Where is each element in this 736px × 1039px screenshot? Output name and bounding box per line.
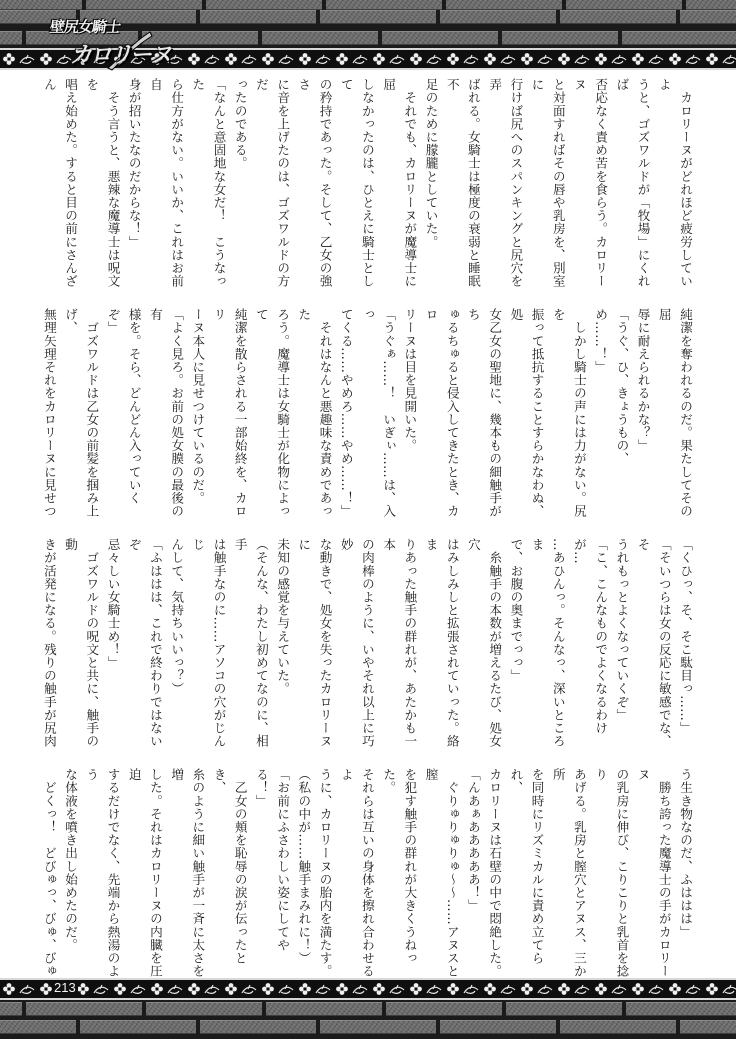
logo-title-line2: カロリーヌ bbox=[70, 38, 170, 69]
floral-vine-icon bbox=[703, 50, 736, 68]
text-column: 純潔を奪われるのだ。果たしてその屈 bbox=[654, 308, 696, 522]
text-column: を犯す触手の群れが大きくうねった。 bbox=[378, 768, 420, 982]
text-column: 様を。そら、どんどん入っていくぞ」 bbox=[102, 308, 144, 522]
vine-ornament bbox=[555, 980, 592, 998]
text-column: カロリーヌは石壁の中で悶絶した。 bbox=[484, 768, 505, 982]
text-column: 「こ、こんなものでよくなるわけが… bbox=[569, 538, 611, 752]
vine-ornament bbox=[370, 50, 407, 68]
text-column: あげる。乳房と膣穴とアヌス、三か所 bbox=[548, 768, 590, 982]
floral-vine-icon bbox=[185, 980, 222, 998]
vine-ornament bbox=[703, 980, 736, 998]
floral-vine-icon bbox=[592, 980, 629, 998]
text-column: で、お腹の奥までっっ」 bbox=[505, 538, 526, 752]
text-column: するだけでなく、先端から熱湯のよう bbox=[81, 768, 123, 982]
vine-ornament bbox=[222, 980, 259, 998]
floral-vine-icon bbox=[666, 980, 703, 998]
text-column: 身が招いたなのだからな！」 bbox=[124, 78, 145, 292]
text-column: 忌々しい女騎士め！」 bbox=[102, 538, 123, 752]
floral-vine-icon bbox=[0, 980, 37, 998]
text-column: きが活発になる。残りの触手が尻肉を bbox=[40, 538, 60, 752]
text-column: は触手なのに……アソコの穴がじんじ bbox=[187, 538, 229, 752]
text-tier-2: 純潔を奪われるのだ。果たしてその屈辱に耐えられるかな？」「うぐ、ひ、きょうもの、… bbox=[40, 308, 696, 522]
vine-ornament bbox=[333, 980, 370, 998]
text-column: どくっ！ どびゅっ、びゅ、びゅる bbox=[40, 768, 60, 982]
footer-brick-wall bbox=[0, 1000, 736, 1039]
footer-vine-border bbox=[0, 978, 736, 1000]
vine-ornament bbox=[703, 50, 736, 68]
vine-ornament bbox=[629, 50, 666, 68]
text-column: 糸触手の本数が増えるたび、処女穴 bbox=[463, 538, 505, 752]
floral-vine-icon bbox=[148, 980, 185, 998]
text-column: した。それはカロリーヌの内臓を圧迫 bbox=[124, 768, 166, 982]
vine-ornament bbox=[296, 50, 333, 68]
floral-vine-icon bbox=[74, 980, 111, 998]
floral-vine-icon bbox=[629, 980, 666, 998]
floral-vine-icon bbox=[555, 50, 592, 68]
floral-vine-icon bbox=[444, 50, 481, 68]
text-column: 唱え始めた。すると目の前にさんざん bbox=[40, 78, 81, 292]
vine-ornament bbox=[222, 50, 259, 68]
text-column: それでも、カロリーヌが魔導士に屈 bbox=[378, 78, 420, 292]
vine-ornament bbox=[185, 980, 222, 998]
text-column: 未知の感覚を与えていた。 bbox=[272, 538, 293, 752]
floral-vine-icon bbox=[333, 50, 370, 68]
vine-ornament bbox=[370, 980, 407, 998]
floral-vine-icon bbox=[370, 50, 407, 68]
vine-ornament bbox=[259, 50, 296, 68]
text-column: それはなんと悪趣味な責めであった bbox=[293, 308, 335, 522]
brick-row bbox=[0, 1002, 736, 1018]
vine-ornament bbox=[444, 50, 481, 68]
vine-ornament bbox=[592, 980, 629, 998]
brick-row bbox=[0, 1020, 736, 1036]
floral-vine-icon bbox=[518, 50, 555, 68]
text-column: 「くひっ、そ、そこ駄目っ……」 bbox=[675, 538, 696, 752]
vine-ornament bbox=[518, 980, 555, 998]
vine-ornament bbox=[185, 50, 222, 68]
text-column: 「よく見ろ。お前の処女膜の最後の有 bbox=[145, 308, 187, 522]
text-column: 「お前にふさわしい姿にしてやる！」 bbox=[251, 768, 293, 982]
text-column: …あひんっ。そんなっ、深いところま bbox=[526, 538, 568, 752]
floral-vine-icon bbox=[222, 980, 259, 998]
text-column: 「そいつらは女の反応に敏感でな、そ bbox=[632, 538, 674, 752]
vine-ornament bbox=[666, 50, 703, 68]
vine-ornament bbox=[592, 50, 629, 68]
text-column: 否応なく責め苦を食らう。カロリーヌ bbox=[569, 78, 611, 292]
vine-ornament bbox=[481, 980, 518, 998]
floral-vine-icon bbox=[333, 980, 370, 998]
page-number: 213 bbox=[52, 980, 78, 996]
text-column: の矜持であった。そして、乙女の強さ bbox=[293, 78, 335, 292]
text-column: はみしみしと拡張されていった。絡ま bbox=[420, 538, 462, 752]
text-column: 行けば尻へのスパンキングと尻穴を弄 bbox=[484, 78, 526, 292]
text-column: 足のために朦朧としていた。 bbox=[420, 78, 441, 292]
text-column: 「ふははは、これで終わりではないぞ bbox=[124, 538, 166, 752]
floral-vine-icon bbox=[592, 50, 629, 68]
floral-vine-icon bbox=[296, 980, 333, 998]
text-column: 「んあぁあああああ！」 bbox=[463, 768, 484, 982]
floral-vine-icon bbox=[629, 50, 666, 68]
text-column: ばれる。女騎士は極度の衰弱と睡眠不 bbox=[442, 78, 484, 292]
floral-vine-icon bbox=[222, 50, 259, 68]
title-logo: 壁尻女騎士 カロリーヌ bbox=[44, 14, 152, 78]
text-column: ゴズワルドは乙女の前髪を掴み上げ、 bbox=[60, 308, 102, 522]
vine-ornament bbox=[148, 980, 185, 998]
floral-vine-icon bbox=[259, 980, 296, 998]
vine-ornament bbox=[259, 980, 296, 998]
text-column: な体液を噴き出し始めたのだ。 bbox=[60, 768, 81, 982]
text-column: （私の中が……触手まみれに！） bbox=[293, 768, 314, 982]
floral-vine-icon bbox=[296, 50, 333, 68]
floral-vine-icon bbox=[370, 980, 407, 998]
text-column: ゅるちゅると侵入してきたとき、カロ bbox=[420, 308, 462, 522]
text-column: そう言うと、悪辣な魔導士は呪文を bbox=[81, 78, 123, 292]
text-column: 女乙女の聖地に、幾本もの細触手がち bbox=[463, 308, 505, 522]
text-column: 「なんと意固地な女だ！ こうなった bbox=[187, 78, 229, 292]
text-column: しかし騎士の声には力がない。尻を bbox=[548, 308, 590, 522]
text-column: カロリーヌがどれほど疲労していよ bbox=[654, 78, 696, 292]
text-column: リーヌは目を見開いた。 bbox=[399, 308, 420, 522]
floral-vine-icon bbox=[407, 980, 444, 998]
vine-ornament bbox=[629, 980, 666, 998]
vine-ornament bbox=[444, 980, 481, 998]
floral-vine-icon bbox=[259, 50, 296, 68]
text-column: 純潔を散らされる一部始終を、カロリ bbox=[208, 308, 250, 522]
text-column: 勝ち誇った魔導士の手がカロリーヌ bbox=[632, 768, 674, 982]
logo-title-line1: 壁尻女騎士 bbox=[49, 16, 122, 37]
floral-vine-icon bbox=[518, 980, 555, 998]
text-column: うと、ゴズワルドが「牧場」にくれば bbox=[611, 78, 653, 292]
text-column: うれもっとよくなっていくぞ」 bbox=[611, 538, 632, 752]
text-column: んして、気持ちいいっ？） bbox=[166, 538, 187, 752]
text-column: ら仕方がない。いいか、これはお前自 bbox=[145, 78, 187, 292]
vine-ornament bbox=[481, 50, 518, 68]
text-column: に音を上げたのは、ゴズワルドの方だ bbox=[251, 78, 293, 292]
text-column: しなかったのは、ひとえに騎士として bbox=[336, 78, 378, 292]
text-column: 辱に耐えられるかな？」 bbox=[632, 308, 653, 522]
text-column: うに、カロリーヌの胎内を満たす。 bbox=[314, 768, 335, 982]
vine-ornament bbox=[296, 980, 333, 998]
text-column: 「うぐぁ……！ いぎぃ……は、入っ bbox=[357, 308, 399, 522]
floral-vine-icon bbox=[481, 50, 518, 68]
text-column: な動きで、処女を失ったカロリーヌに bbox=[293, 538, 335, 752]
text-column: ったのである。 bbox=[230, 78, 251, 292]
text-column: ぐりゅりゅりゅ〜〜……アヌスと膣 bbox=[420, 768, 462, 982]
floral-vine-icon bbox=[555, 980, 592, 998]
text-tier-4: う生き物なのだ、ふははは」 勝ち誇った魔導士の手がカロリーヌの乳房に伸び、こりこ… bbox=[40, 768, 696, 982]
floral-vine-icon bbox=[666, 50, 703, 68]
text-column: 乙女の頬を恥辱の涙が伝ったとき、 bbox=[208, 768, 250, 982]
vine-ornament bbox=[0, 50, 37, 68]
text-column: ーヌ本人に見せつけているのだ。 bbox=[187, 308, 208, 522]
floral-vine-icon bbox=[185, 50, 222, 68]
text-column: てくる……やめろ……やめ……！」 bbox=[336, 308, 357, 522]
vine-ornament bbox=[666, 980, 703, 998]
text-column: の乳房に伸び、こりこりと乳首を捻り bbox=[590, 768, 632, 982]
vine-ornament bbox=[518, 50, 555, 68]
text-column: 振って抵抗することすらかなわぬ、処 bbox=[505, 308, 547, 522]
text-column: を同時にリズミカルに責め立てられ、 bbox=[505, 768, 547, 982]
vine-ornament bbox=[555, 50, 592, 68]
vine-ornament bbox=[333, 50, 370, 68]
text-column: りあった触手の群れが、あたかも一本 bbox=[378, 538, 420, 752]
text-column: う生き物なのだ、ふははは」 bbox=[675, 768, 696, 982]
text-column: 糸のように細い触手が一斉に太さを増 bbox=[166, 768, 208, 982]
text-column: それらは互いの身体を擦れ合わせるよ bbox=[336, 768, 378, 982]
vine-ornament bbox=[74, 980, 111, 998]
vine-ornament bbox=[0, 980, 37, 998]
text-column: （そんな、わたし初めてなのに、相手 bbox=[230, 538, 272, 752]
text-column: と対面すればその唇や乳房を、別室に bbox=[526, 78, 568, 292]
floral-vine-icon bbox=[111, 980, 148, 998]
text-column: ろう。魔導士は女騎士が化物によって bbox=[251, 308, 293, 522]
text-column: 無理矢理それをカロリーヌに見せつけ bbox=[40, 308, 60, 522]
floral-vine-icon bbox=[481, 980, 518, 998]
text-column: の肉棒のように、いやそれ以上に巧妙 bbox=[336, 538, 378, 752]
text-tier-1: カロリーヌがどれほど疲労していようと、ゴズワルドが「牧場」にくれば否応なく責め苦… bbox=[40, 78, 696, 292]
floral-vine-icon bbox=[703, 980, 736, 998]
text-column: 「うぐ、ひ、きょうもの、め……！」 bbox=[590, 308, 632, 522]
vine-ornament bbox=[407, 980, 444, 998]
text-column: ゴズワルドの呪文と共に、触手の動 bbox=[60, 538, 102, 752]
floral-vine-icon bbox=[444, 980, 481, 998]
floral-vine-icon bbox=[0, 50, 37, 68]
text-tier-3: 「くひっ、そ、そこ駄目っ……」「そいつらは女の反応に敏感でな、そうれもっとよくな… bbox=[40, 538, 696, 752]
vine-ornament bbox=[407, 50, 444, 68]
floral-vine-icon bbox=[407, 50, 444, 68]
vine-ornament bbox=[111, 980, 148, 998]
